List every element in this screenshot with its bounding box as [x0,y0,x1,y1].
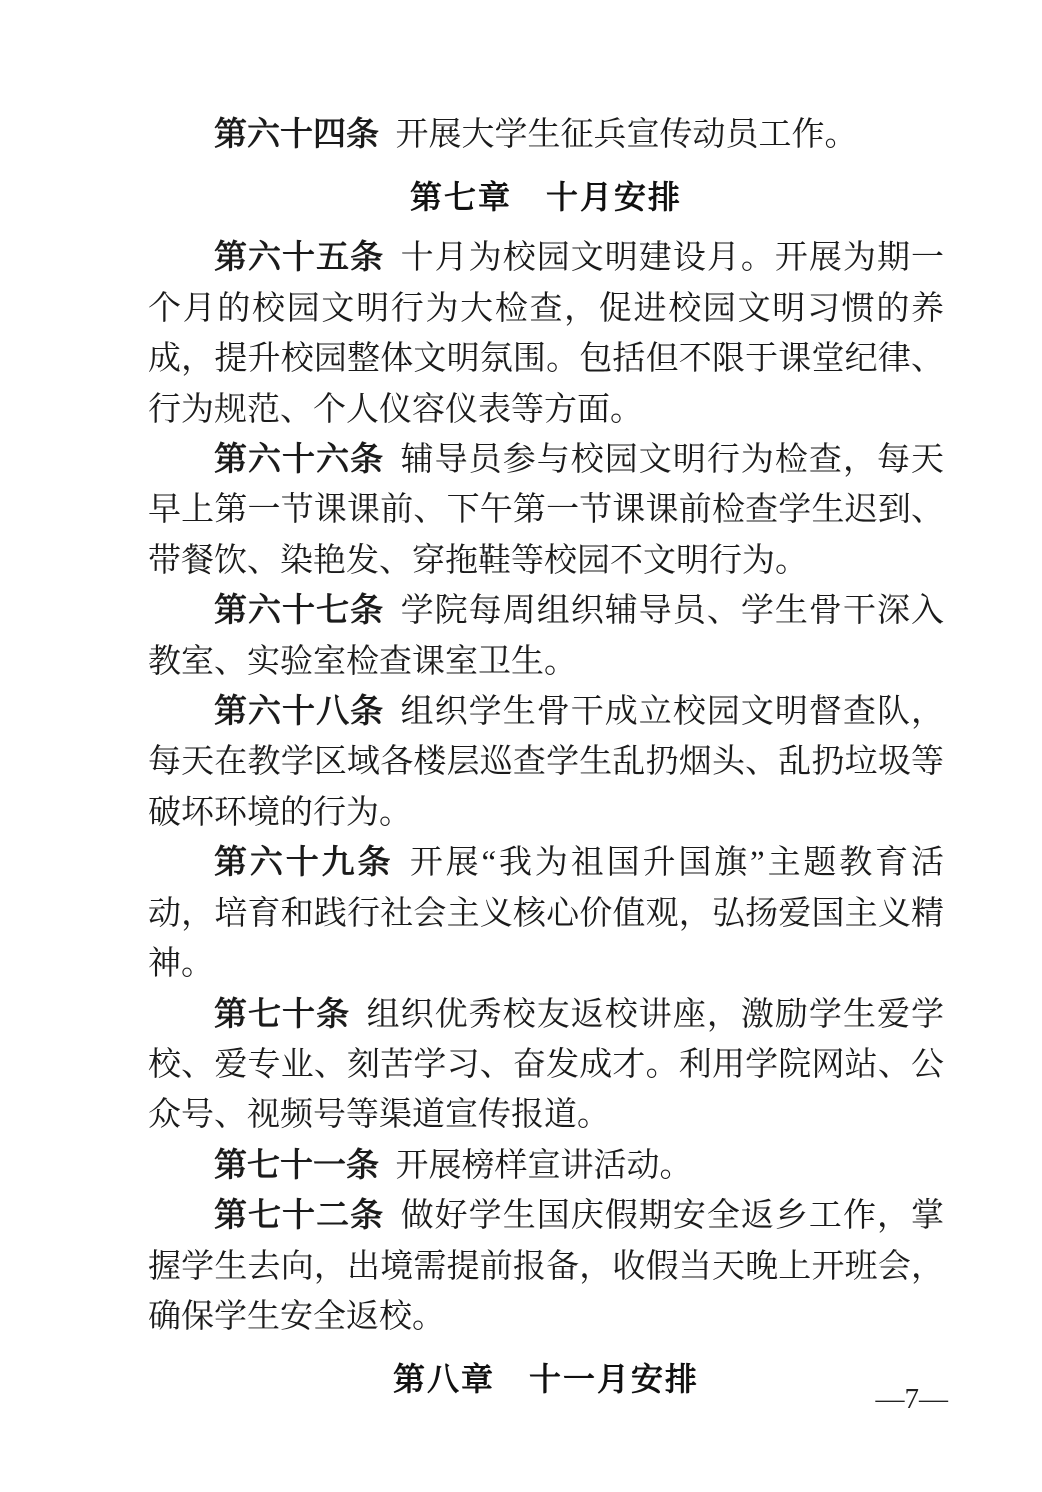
article-72-number: 第七十二条 [214,1198,384,1234]
article-67: 第六十七条学院每周组织辅导员、学生骨干深入教室、实验室检查课室卫生。 [148,586,944,687]
article-64: 第六十四条开展大学生征兵宣传动员工作。 [148,110,944,160]
article-66: 第六十六条辅导员参与校园文明行为检查，每天早上第一节课课前、下午第一节课课前检查… [148,435,944,586]
article-72: 第七十二条做好学生国庆假期安全返乡工作，掌握学生去向，出境需提前报备，收假当天晚… [148,1191,944,1342]
article-66-number: 第六十六条 [214,442,384,478]
article-68: 第六十八条组织学生骨干成立校园文明督查队，每天在教学区域各楼层巡查学生乱扔烟头、… [148,687,944,838]
page-number: —7— [876,1384,949,1414]
article-68-number: 第六十八条 [214,694,384,730]
article-69: 第六十九条开展“我为祖国升国旗”主题教育活动，培育和践行社会主义核心价值观，弘扬… [148,838,944,989]
article-70-number: 第七十条 [214,997,350,1033]
chapter-7-heading: 第七章 十月安排 [148,172,944,222]
article-65-number: 第六十五条 [214,240,384,276]
page-content: 第六十四条开展大学生征兵宣传动员工作。 第七章 十月安排 第六十五条十月为校园文… [148,110,944,1415]
article-64-number: 第六十四条 [214,117,379,153]
chapter-8-heading: 第八章 十一月安排 [148,1354,944,1404]
article-71: 第七十一条开展榜样宣讲活动。 [148,1141,944,1191]
article-71-text: 开展榜样宣讲活动。 [396,1148,693,1184]
article-71-number: 第七十一条 [214,1148,379,1184]
article-67-number: 第六十七条 [214,593,384,629]
article-70: 第七十条组织优秀校友返校讲座，激励学生爱学校、爱专业、刻苦学习、奋发成才。利用学… [148,990,944,1141]
article-69-number: 第六十九条 [214,845,393,881]
document-page: 第六十四条开展大学生征兵宣传动员工作。 第七章 十月安排 第六十五条十月为校园文… [0,0,1042,1492]
article-64-text: 开展大学生征兵宣传动员工作。 [396,117,858,153]
article-65: 第六十五条十月为校园文明建设月。开展为期一个月的校园文明行为大检查，促进校园文明… [148,233,944,435]
